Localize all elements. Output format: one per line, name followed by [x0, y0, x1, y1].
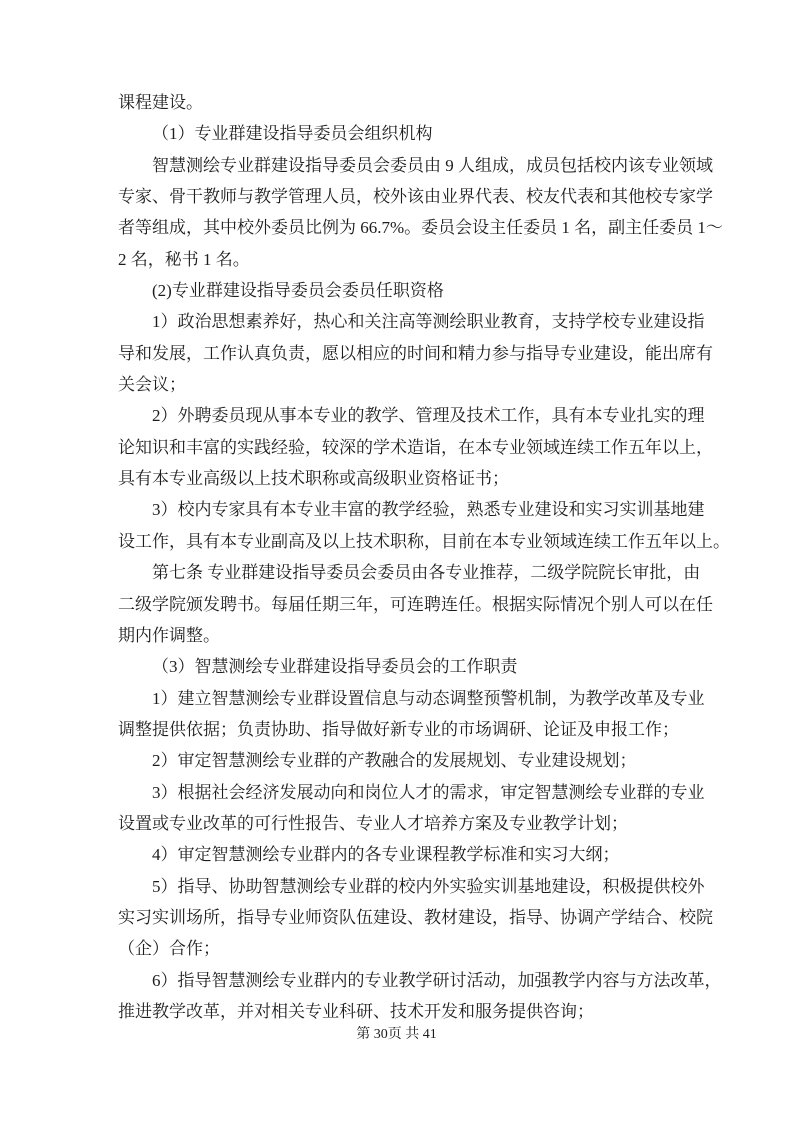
text-line: 调整提供依据；负责协助、指导做好新专业的市场调研、论证及申报工作；	[118, 714, 676, 745]
page-footer: 第 30页 共 41	[0, 1025, 793, 1045]
text-line: 设工作，具有本专业副高及以上技术职称，目前在本专业领域连续工作五年以上。	[118, 526, 676, 557]
text-line: 推进教学改革，并对相关专业科研、技术开发和服务提供咨询；	[118, 996, 676, 1027]
text-line: 3）根据社会经济发展动向和岗位人才的需求，审定智慧测绘专业群的专业	[118, 777, 676, 808]
text-line: 者等组成，其中校外委员比例为 66.7%。委员会设主任委员 1 名，副主任委员 …	[118, 212, 676, 243]
paragraph: 5）指导、协助智慧测绘专业群的校内外实验实训基地建设，积极提供校外实习实训场所，…	[118, 871, 676, 965]
text-line: 实习实训场所，指导专业师资队伍建设、教材建设，指导、协调产学结合、校院	[118, 902, 676, 933]
paragraph: 4）审定智慧测绘专业群内的各专业课程教学标准和实习大纲；	[118, 839, 676, 870]
text-line: 1）政治思想素养好，热心和关注高等测绘职业教育，支持学校专业建设指	[118, 306, 676, 337]
text-line: 2）审定智慧测绘专业群的产教融合的发展规划、专业建设规划；	[118, 745, 676, 776]
paragraph: （1）专业群建设指导委员会组织机构	[118, 118, 676, 149]
text-line: 期内作调整。	[118, 620, 676, 651]
text-line: 课程建设。	[118, 87, 676, 118]
paragraph: 6）指导智慧测绘专业群内的专业教学研讨活动，加强教学内容与方法改革，推进教学改革…	[118, 965, 676, 1028]
text-line: （3）智慧测绘专业群建设指导委员会的工作职责	[118, 651, 676, 682]
paragraph: 3）根据社会经济发展动向和岗位人才的需求，审定智慧测绘专业群的专业设置或专业改革…	[118, 777, 676, 840]
document-page: 课程建设。（1）专业群建设指导委员会组织机构智慧测绘专业群建设指导委员会委员由 …	[0, 0, 793, 1122]
text-line: 2）外聘委员现从事本专业的教学、管理及技术工作，具有本专业扎实的理	[118, 400, 676, 431]
paragraph: 1）建立智慧测绘专业群设置信息与动态调整预警机制，为教学改革及专业调整提供依据；…	[118, 683, 676, 746]
text-line: 专家、骨干教师与教学管理人员，校外该由业界代表、校友代表和其他校专家学	[118, 181, 676, 212]
text-line: 论知识和丰富的实践经验，较深的学术造诣，在本专业领域连续工作五年以上，	[118, 432, 676, 463]
paragraph: 2）审定智慧测绘专业群的产教融合的发展规划、专业建设规划；	[118, 745, 676, 776]
text-line: 导和发展，工作认真负责，愿以相应的时间和精力参与指导专业建设，能出席有	[118, 338, 676, 369]
paragraph: （3）智慧测绘专业群建设指导委员会的工作职责	[118, 651, 676, 682]
paragraph: 1）政治思想素养好，热心和关注高等测绘职业教育，支持学校专业建设指导和发展，工作…	[118, 306, 676, 400]
text-line: 4）审定智慧测绘专业群内的各专业课程教学标准和实习大纲；	[118, 839, 676, 870]
text-line: 2 名，秘书 1 名。	[118, 244, 676, 275]
text-line: 设置或专业改革的可行性报告、专业人才培养方案及专业教学计划；	[118, 808, 676, 839]
paragraph: 第七条 专业群建设指导委员会委员由各专业推荐，二级学院院长审批，由二级学院颁发聘…	[118, 557, 676, 651]
text-line: (2)专业群建设指导委员会委员任职资格	[118, 275, 676, 306]
text-line: （企）合作；	[118, 933, 676, 964]
text-line: 1）建立智慧测绘专业群设置信息与动态调整预警机制，为教学改革及专业	[118, 683, 676, 714]
paragraph: 智慧测绘专业群建设指导委员会委员由 9 人组成，成员包括校内该专业领域专家、骨干…	[118, 150, 676, 275]
text-line: 6）指导智慧测绘专业群内的专业教学研讨活动，加强教学内容与方法改革，	[118, 965, 676, 996]
text-line: 5）指导、协助智慧测绘专业群的校内外实验实训基地建设，积极提供校外	[118, 871, 676, 902]
text-line: 关会议；	[118, 369, 676, 400]
page-number-text: 第 30页 共 41	[356, 1027, 437, 1042]
paragraph: (2)专业群建设指导委员会委员任职资格	[118, 275, 676, 306]
text-line: 二级学院颁发聘书。每届任期三年，可连聘连任。根据实际情况个别人可以在任	[118, 589, 676, 620]
text-line: 第七条 专业群建设指导委员会委员由各专业推荐，二级学院院长审批，由	[118, 557, 676, 588]
text-line: （1）专业群建设指导委员会组织机构	[118, 118, 676, 149]
text-line: 3）校内专家具有本专业丰富的教学经验，熟悉专业建设和实习实训基地建	[118, 494, 676, 525]
text-line: 智慧测绘专业群建设指导委员会委员由 9 人组成，成员包括校内该专业领域	[118, 150, 676, 181]
paragraph: 3）校内专家具有本专业丰富的教学经验，熟悉专业建设和实习实训基地建设工作，具有本…	[118, 494, 676, 557]
paragraph: 2）外聘委员现从事本专业的教学、管理及技术工作，具有本专业扎实的理论知识和丰富的…	[118, 400, 676, 494]
paragraph: 课程建设。	[118, 87, 676, 118]
text-line: 具有本专业高级以上技术职称或高级职业资格证书；	[118, 463, 676, 494]
document-body: 课程建设。（1）专业群建设指导委员会组织机构智慧测绘专业群建设指导委员会委员由 …	[118, 87, 676, 1027]
